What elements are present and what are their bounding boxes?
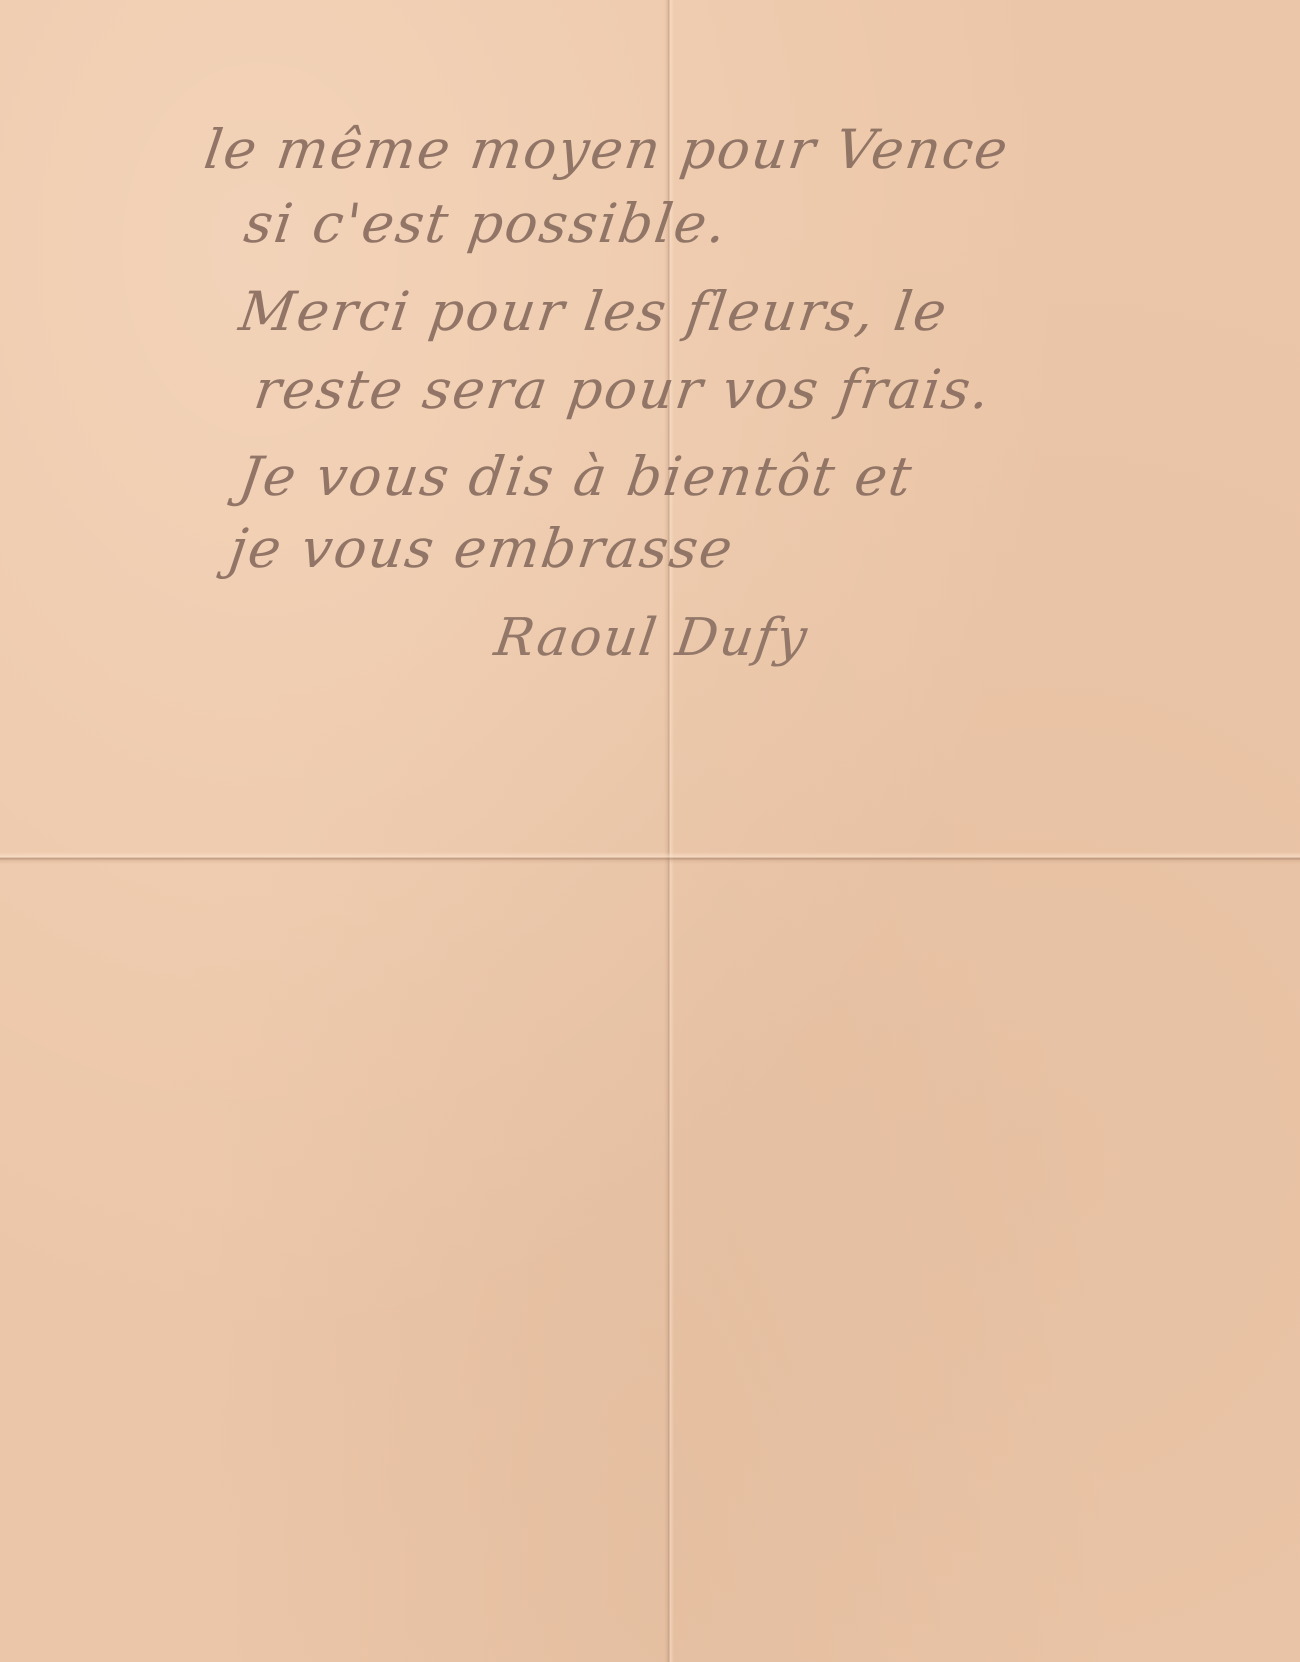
letter-body: le même moyen pour Vence si c'est possib… xyxy=(0,0,1300,800)
letter-line-2: si c'est possible. xyxy=(241,192,732,255)
letter-line-4: reste sera pour vos frais. xyxy=(251,358,996,421)
letter-line-5: Je vous dis à bientôt et xyxy=(236,445,918,508)
letter-line-1: le même moyen pour Vence xyxy=(201,118,1014,181)
letter-line-6: je vous embrasse xyxy=(226,517,739,580)
signature: Raoul Dufy xyxy=(491,608,813,668)
letter-page: le même moyen pour Vence si c'est possib… xyxy=(0,0,1300,1662)
letter-line-3: Merci pour les fleurs, le xyxy=(236,280,953,343)
horizontal-fold-line xyxy=(0,852,1300,864)
